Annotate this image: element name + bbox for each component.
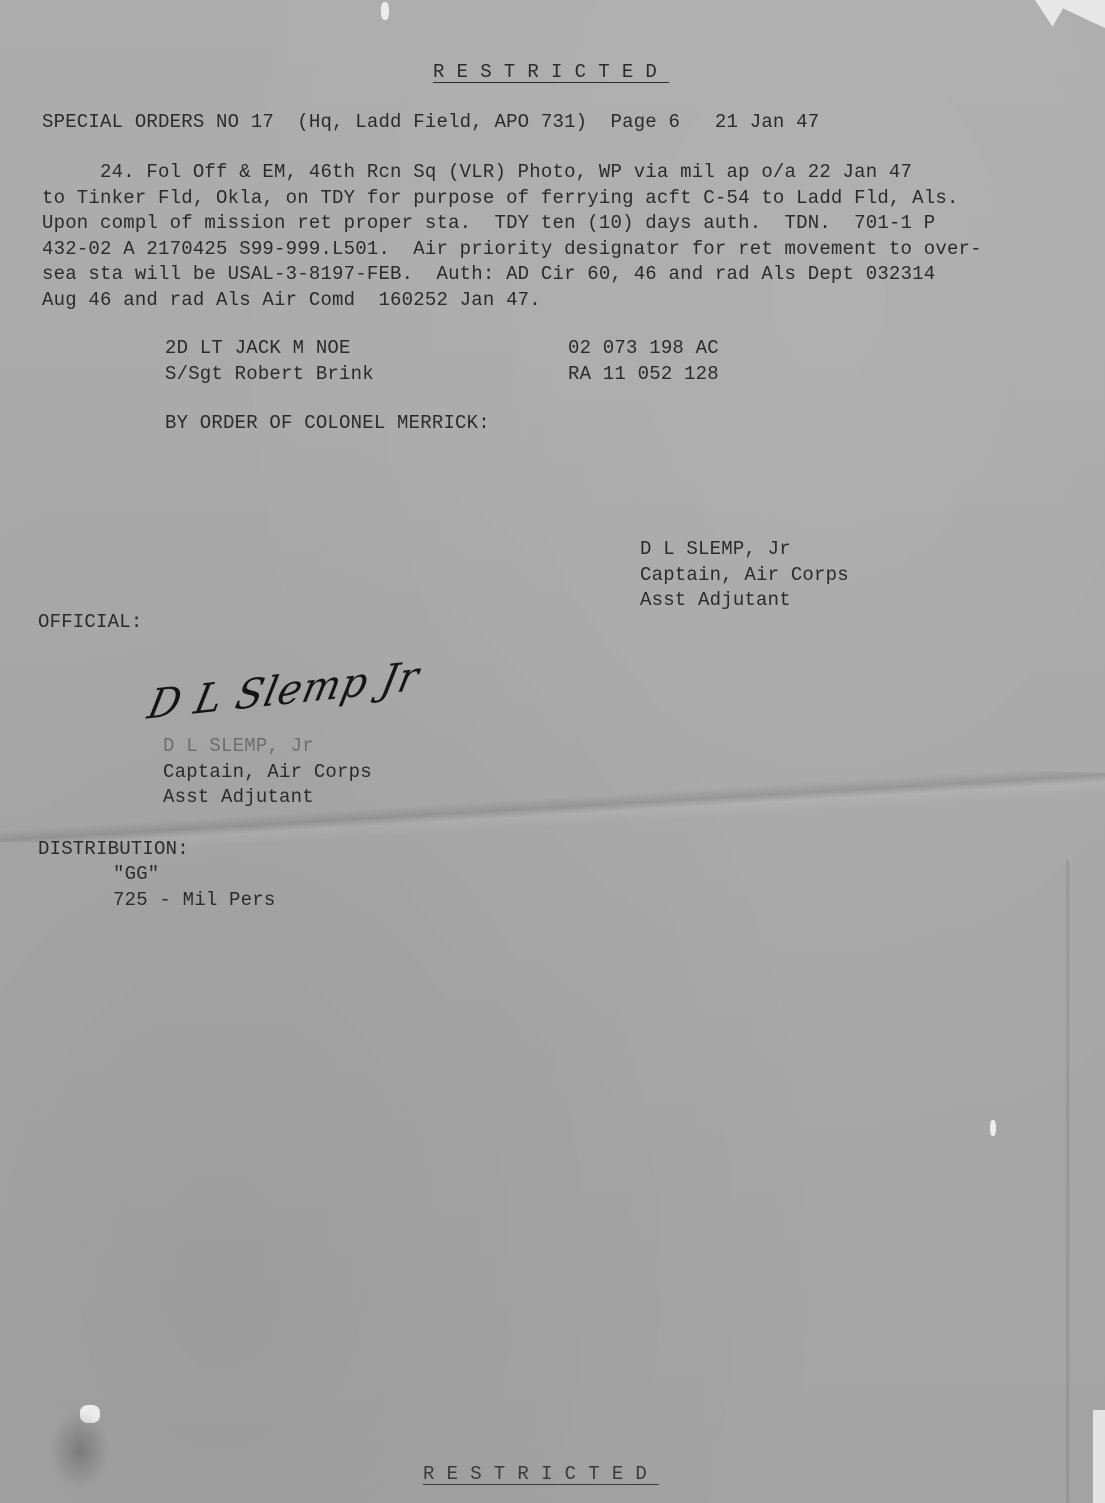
worn-right-edge bbox=[1065, 860, 1105, 1503]
personnel-names: 2D LT JACK M NOE S/Sgt Robert Brink bbox=[165, 336, 374, 387]
distribution-list: "GG" 725 - Mil Pers bbox=[113, 862, 275, 913]
official-label: OFFICIAL: bbox=[38, 610, 142, 636]
distribution-item: "GG" bbox=[113, 863, 159, 885]
personnel-name: S/Sgt Robert Brink bbox=[165, 363, 374, 385]
signer-name: D L SLEMP, Jr bbox=[163, 735, 314, 757]
paragraph-line: 24. Fol Off & EM, 46th Rcn Sq (VLR) Phot… bbox=[42, 160, 1072, 186]
official-signature-block: D L SLEMP, Jr Captain, Air Corps Asst Ad… bbox=[163, 734, 372, 811]
paragraph-line: Upon compl of mission ret proper sta. TD… bbox=[42, 211, 1072, 237]
paper-edge-gap bbox=[1093, 1410, 1105, 1503]
order-header-line: SPECIAL ORDERS NO 17 (Hq, Ladd Field, AP… bbox=[42, 110, 819, 136]
paragraph-line: 432-02 A 2170425 S99-999.L501. Air prior… bbox=[42, 237, 1072, 263]
classification-marking-bottom: RESTRICTED bbox=[423, 1462, 659, 1488]
personnel-service-numbers: 02 073 198 AC RA 11 052 128 bbox=[568, 336, 719, 387]
personnel-name: 2D LT JACK M NOE bbox=[165, 337, 351, 359]
service-number: 02 073 198 AC bbox=[568, 337, 719, 359]
ink-stain bbox=[50, 1410, 110, 1490]
paragraph-line: to Tinker Fld, Okla, on TDY for purpose … bbox=[42, 186, 1072, 212]
signer-title: Asst Adjutant bbox=[163, 786, 314, 808]
command-signature-block: D L SLEMP, Jr Captain, Air Corps Asst Ad… bbox=[640, 537, 849, 614]
paragraph-line: sea sta will be USAL-3-8197-FEB. Auth: A… bbox=[42, 262, 1072, 288]
signer-title: Asst Adjutant bbox=[640, 589, 791, 611]
handwritten-signature: D L Slemp Jr bbox=[144, 653, 424, 729]
distribution-item: 725 - Mil Pers bbox=[113, 889, 275, 911]
paper-hole-top bbox=[381, 2, 389, 20]
paper-hole-right bbox=[990, 1120, 996, 1136]
document-page: RESTRICTED SPECIAL ORDERS NO 17 (Hq, Lad… bbox=[0, 0, 1105, 1503]
by-order-line: BY ORDER OF COLONEL MERRICK: bbox=[165, 411, 490, 437]
torn-corner bbox=[1035, 0, 1105, 28]
paragraph-line: Aug 46 and rad Als Air Comd 160252 Jan 4… bbox=[42, 288, 1072, 314]
service-number: RA 11 052 128 bbox=[568, 363, 719, 385]
order-paragraph-24: 24. Fol Off & EM, 46th Rcn Sq (VLR) Phot… bbox=[42, 160, 1072, 313]
classification-marking-top: RESTRICTED bbox=[433, 60, 669, 86]
signer-rank: Captain, Air Corps bbox=[640, 564, 849, 586]
signer-rank: Captain, Air Corps bbox=[163, 761, 372, 783]
distribution-label: DISTRIBUTION: bbox=[38, 837, 189, 863]
signer-name: D L SLEMP, Jr bbox=[640, 538, 791, 560]
